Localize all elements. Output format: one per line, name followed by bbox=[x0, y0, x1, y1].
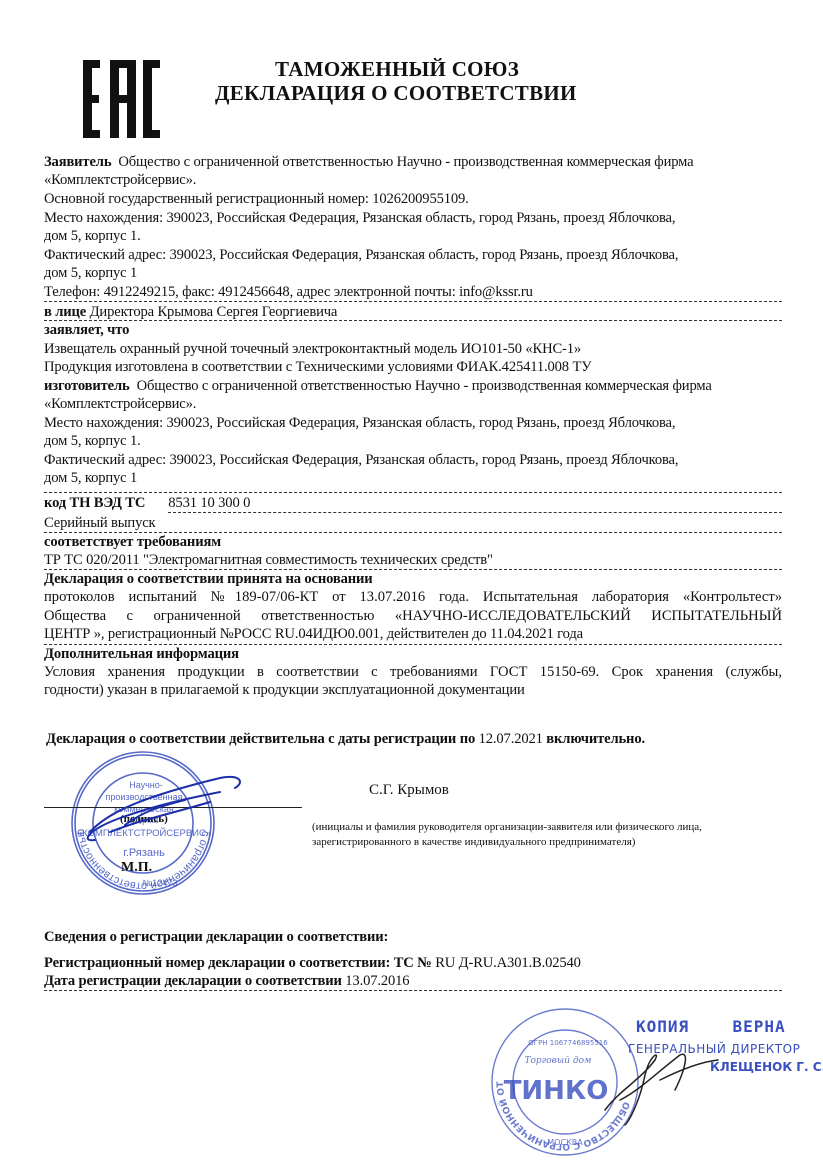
product-spec: Продукция изготовлена в соответствии с Т… bbox=[44, 358, 591, 376]
applicant-location: Место нахождения: 390023, Российская Фед… bbox=[44, 209, 675, 227]
manufacturer-line: изготовитель Общество с ограниченной отв… bbox=[44, 377, 712, 395]
basis-label: Декларация о соответствии принята на осн… bbox=[44, 570, 373, 588]
additional-line-2: годности) указан в прилагаемой к продукц… bbox=[44, 681, 525, 699]
release-type: Серийный выпуск bbox=[44, 514, 156, 532]
basis-line-3: ЦЕНТР », регистрационный №РОСС RU.04ИДЮ0… bbox=[44, 625, 583, 643]
applicant-name: Общество с ограниченной ответственностью… bbox=[118, 154, 693, 170]
applicant-location-cont: дом 5, корпус 1. bbox=[44, 227, 141, 245]
registration-date-label: Дата регистрации декларации о соответств… bbox=[44, 973, 342, 989]
copy-seal-house: Торговый дом bbox=[525, 1056, 592, 1066]
divider bbox=[44, 320, 782, 321]
validity-date: 12.07.2021 bbox=[479, 731, 543, 747]
title-customs-union: ТАМОЖЕННЫЙ СОЮЗ bbox=[275, 57, 823, 82]
divider bbox=[44, 492, 782, 493]
validity-statement: Декларация о соответствии действительна … bbox=[46, 730, 645, 748]
eac-logo-icon bbox=[82, 60, 160, 138]
applicant-actual-address: Фактический адрес: 390023, Российская Фе… bbox=[44, 246, 678, 264]
copy-text: КОПИЯ bbox=[636, 1017, 689, 1036]
manufacturer-location: Место нахождения: 390023, Российская Фед… bbox=[44, 414, 675, 432]
additional-line-1: Условия хранения продукции в соответстви… bbox=[44, 663, 782, 681]
title-declaration: ДЕКЛАРАЦИЯ О СООТВЕТСТВИИ bbox=[215, 81, 823, 106]
copy-certified-line: КОПИЯ ВЕРНА bbox=[636, 1017, 786, 1036]
additional-label: Дополнительная информация bbox=[44, 645, 239, 663]
certified-text: ВЕРНА bbox=[732, 1017, 785, 1036]
copy-seal-city: МОСКВА bbox=[547, 1138, 583, 1147]
copy-director-name: КЛЕЩЕНОК Г. С. bbox=[710, 1060, 823, 1074]
copy-seal-ogrn: ОГРН 1067746895516 bbox=[528, 1039, 608, 1047]
registration-number-value: RU Д-RU.А301.В.02540 bbox=[435, 955, 581, 971]
represented-by: Директора Крымова Сергея Георгиевича bbox=[90, 304, 338, 320]
divider bbox=[168, 512, 782, 513]
applicant-actual-address-cont: дом 5, корпус 1 bbox=[44, 264, 137, 282]
applicant-signature-icon bbox=[70, 770, 270, 850]
basis-line-2: Общества с ограниченной ответственностью… bbox=[44, 607, 782, 625]
signer-name: С.Г. Крымов bbox=[369, 782, 449, 799]
compliance-regulation: ТР ТС 020/2011 "Электромагнитная совмест… bbox=[44, 551, 493, 569]
manufacturer-location-cont: дом 5, корпус 1. bbox=[44, 432, 141, 450]
validity-suffix: включительно. bbox=[546, 731, 645, 747]
tn-ved-line: код ТН ВЭД ТС 8531 10 300 0 bbox=[44, 494, 250, 512]
tn-ved-value: 8531 10 300 0 bbox=[168, 495, 250, 511]
registration-number-line: Регистрационный номер декларации о соотв… bbox=[44, 954, 581, 972]
manufacturer-name-cont: «Комплектстройсервис». bbox=[44, 395, 196, 413]
registration-number-label: Регистрационный номер декларации о соотв… bbox=[44, 955, 432, 971]
declares-label: заявляет, что bbox=[44, 321, 129, 339]
seal-number: №12473 bbox=[143, 878, 178, 888]
validity-prefix: Декларация о соответствии действительна … bbox=[46, 731, 475, 747]
registration-date-value: 13.07.2016 bbox=[345, 973, 409, 989]
compliance-label: соответствует требованиям bbox=[44, 533, 221, 551]
represented-line: в лице Директора Крымова Сергея Георгиев… bbox=[44, 303, 337, 321]
applicant-ogrn: Основной государственный регистрационный… bbox=[44, 190, 469, 208]
product-name: Извещатель охранный ручной точечный элек… bbox=[44, 340, 581, 358]
copy-signature-icon bbox=[600, 1040, 720, 1130]
applicant-name-cont: «Комплектстройсервис». bbox=[44, 171, 196, 189]
manufacturer-actual-address: Фактический адрес: 390023, Российская Фе… bbox=[44, 451, 678, 469]
tn-ved-label: код ТН ВЭД ТС bbox=[44, 495, 145, 511]
manufacturer-name: Общество с ограниченной ответственностью… bbox=[137, 378, 712, 394]
basis-line-1: протоколов испытаний №189-07/06-КТ от 13… bbox=[44, 588, 782, 606]
applicant-label: Заявитель bbox=[44, 154, 111, 170]
copy-seal-brand: ТИНКО bbox=[504, 1076, 609, 1106]
applicant-line: Заявитель Общество с ограниченной ответс… bbox=[44, 153, 693, 171]
registration-date-line: Дата регистрации декларации о соответств… bbox=[44, 972, 409, 990]
seal-place-label: М.П. bbox=[121, 860, 152, 876]
registration-heading: Сведения о регистрации декларации о соот… bbox=[44, 928, 388, 946]
applicant-contacts: Телефон: 4912249215, факс: 4912456648, а… bbox=[44, 283, 533, 301]
divider bbox=[44, 301, 782, 302]
manufacturer-actual-address-cont: дом 5, корпус 1 bbox=[44, 469, 137, 487]
signer-note-1: (инициалы и фамилия руководителя организ… bbox=[312, 820, 702, 834]
manufacturer-label: изготовитель bbox=[44, 378, 130, 394]
divider bbox=[44, 990, 782, 991]
represented-label: в лице bbox=[44, 304, 86, 320]
signer-note-2: зарегистрированного в качестве индивидуа… bbox=[312, 835, 635, 849]
